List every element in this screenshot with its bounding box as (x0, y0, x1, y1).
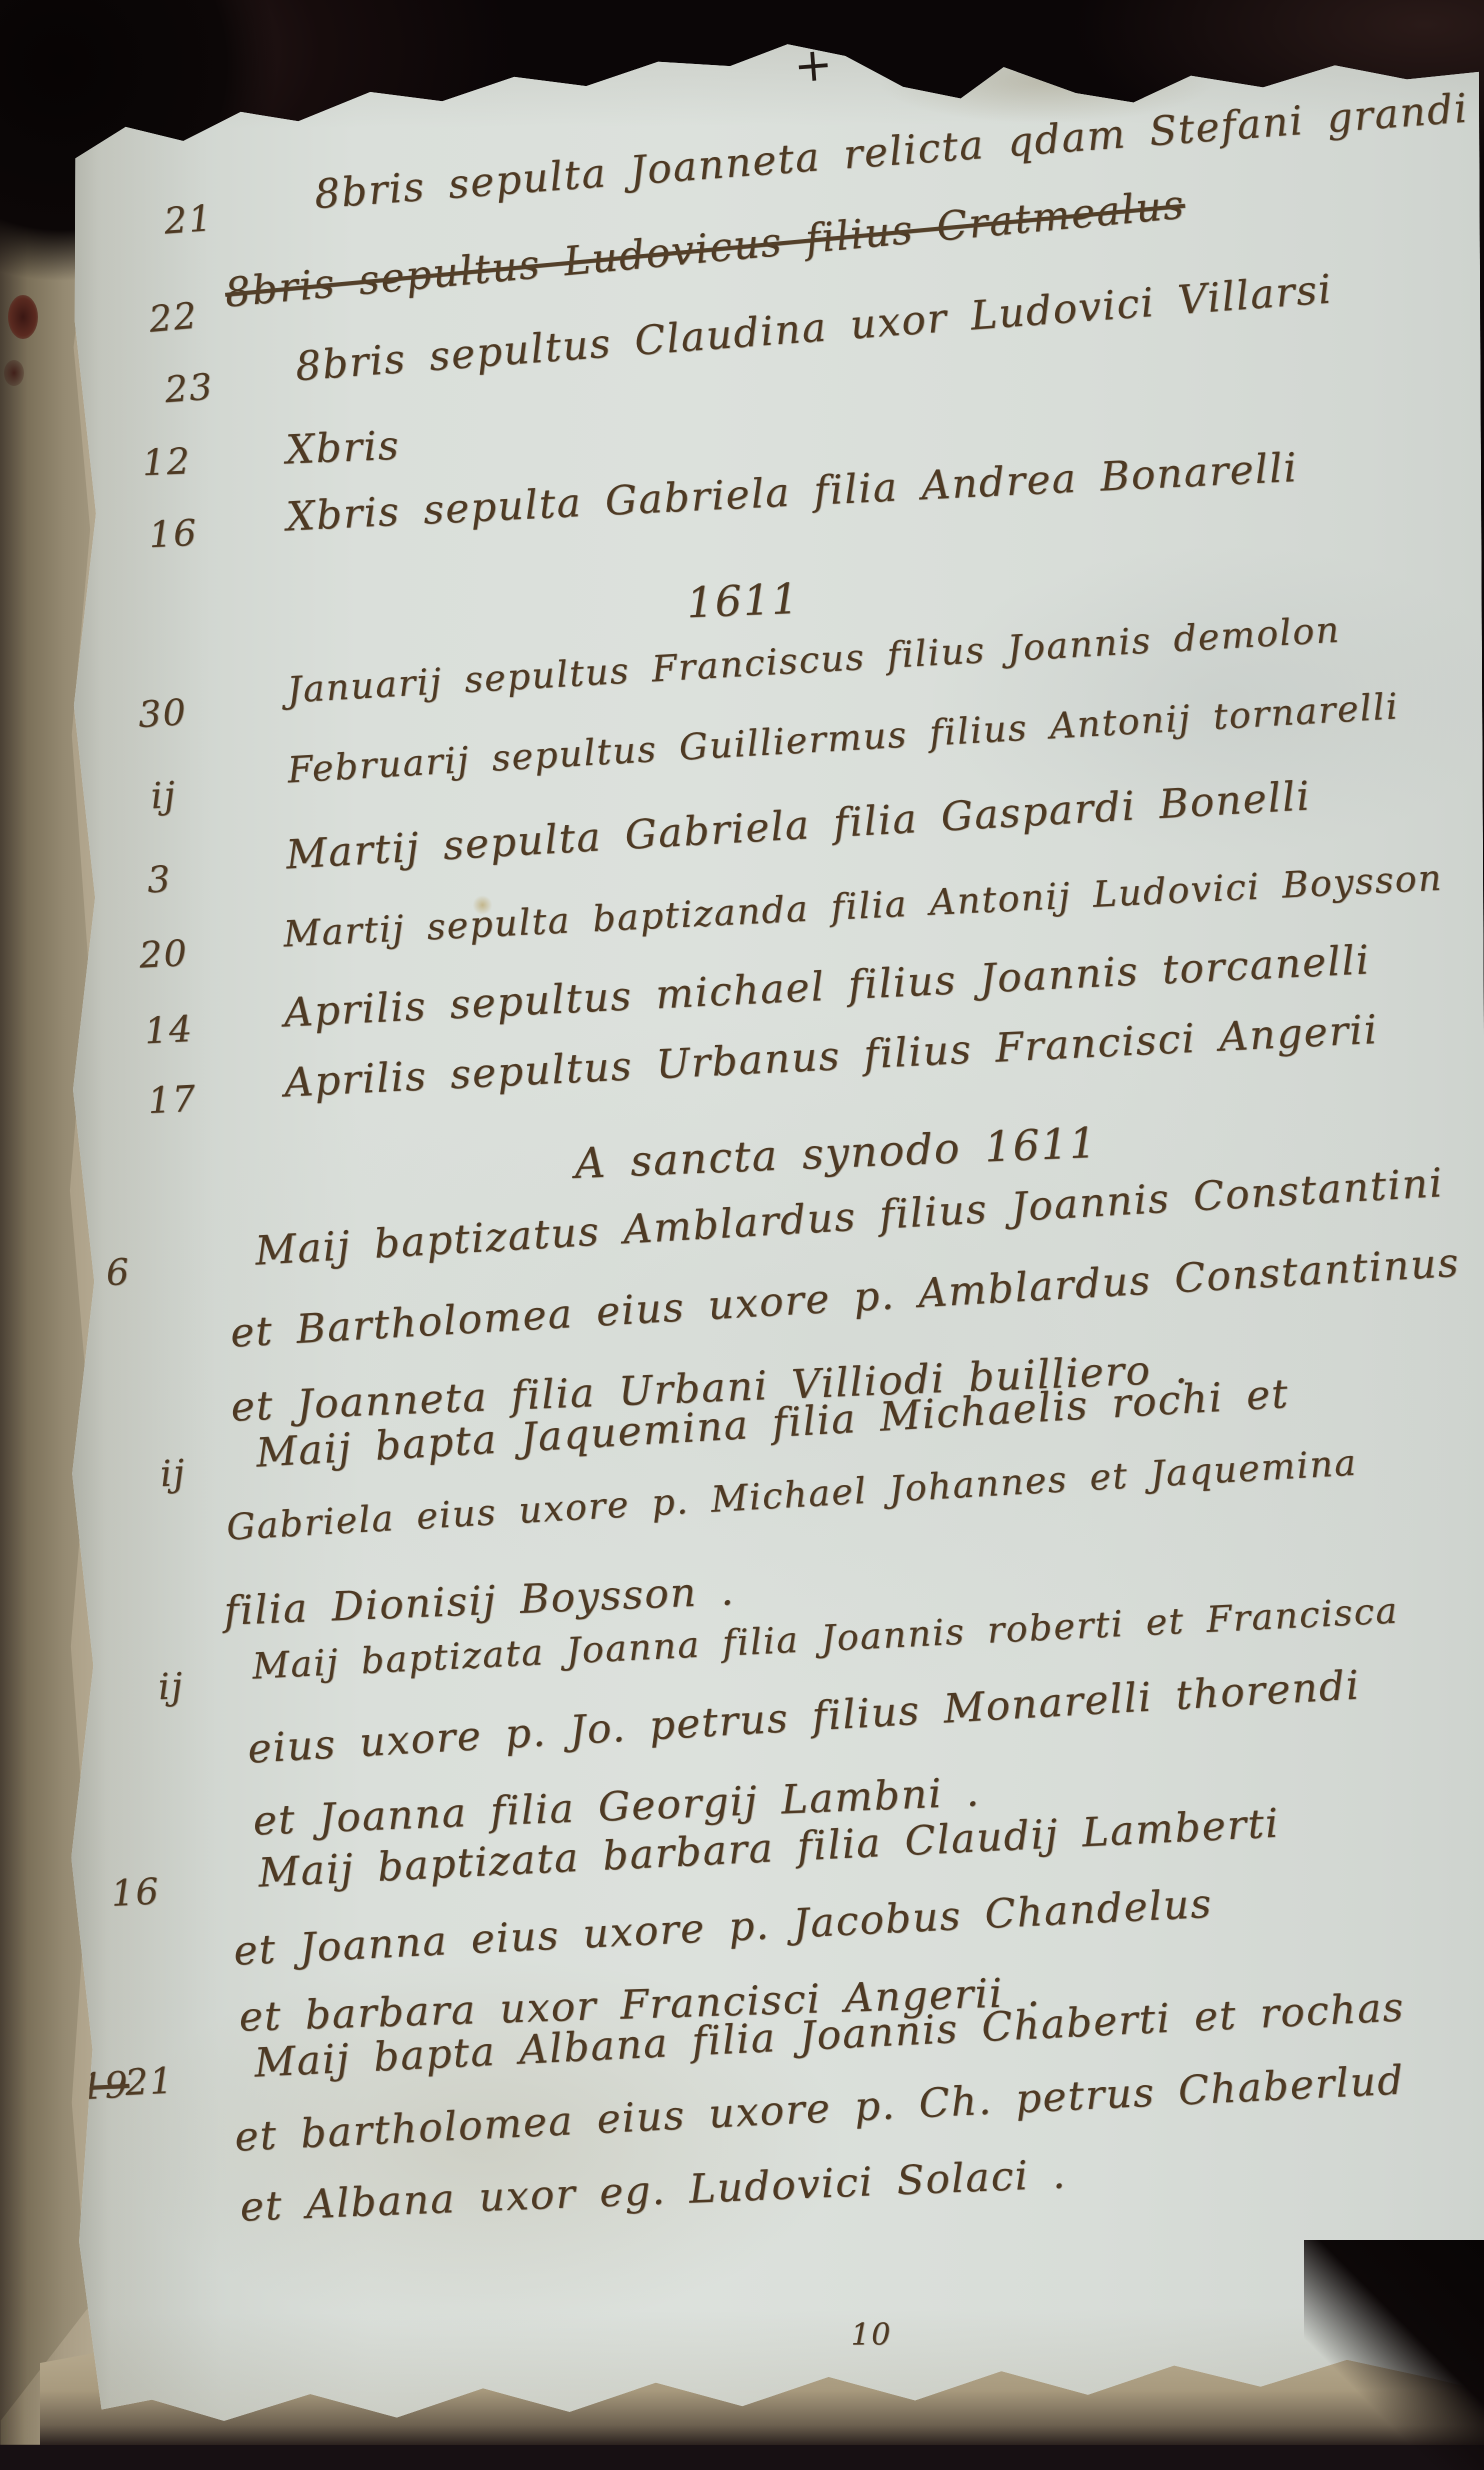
register-line: et Joanna eius uxore p. Jacobus Chandelu… (233, 1881, 1214, 1975)
entry-day: 3 (146, 859, 173, 901)
ink-blot (4, 360, 24, 386)
entry-text: et Joanna eius uxore p. Jacobus Chandelu… (233, 1881, 1214, 1975)
manuscript-page: + 21 8bris sepulta Joanneta relicta qdam… (39, 26, 1484, 2434)
entry-text: 8bris sepulta Joanneta relicta qdam Stef… (313, 86, 1470, 219)
shadow-bottom-right (1304, 2240, 1484, 2470)
entry-day: ij (157, 1666, 185, 1708)
register-line: ij Februarij sepultus Guilliermus filius… (286, 686, 1400, 791)
register-line: 30 Januarij sepultus Franciscus filius J… (286, 610, 1341, 712)
synod-heading: A sancta synodo 1611 (574, 1118, 1099, 1188)
entry-day: 16 (148, 513, 199, 556)
entry-text: et Albana uxor eg. Ludovici Solaci . (239, 2152, 1067, 2231)
entry-text: Martij sepulta Gabriela filia Gaspardi B… (285, 773, 1312, 878)
register-line: 21 8bris sepulta Joanneta relicta qdam S… (313, 86, 1470, 219)
entry-day: 6 (105, 1252, 132, 1294)
register-line: 12 Xbris (285, 423, 401, 474)
cross-mark: + (792, 36, 834, 93)
year-heading: 1611 (686, 574, 801, 627)
entry-day: 14 (144, 1009, 195, 1052)
entry-day: ij (150, 775, 178, 817)
register-line: 16 Xbris sepulta Gabriela filia Andrea B… (285, 445, 1299, 540)
register-line: 20 Martij sepulta baptizanda filia Anton… (282, 858, 1443, 956)
entry-text: Xbris sepulta Gabriela filia Andrea Bona… (285, 445, 1299, 540)
entry-day: 22 (147, 296, 199, 341)
entry-day: 16 (110, 1872, 161, 1915)
entry-text: Xbris (285, 423, 401, 474)
entry-day: 21 (163, 198, 215, 243)
page-number: 10 (851, 2317, 892, 2352)
entry-day: 23 (163, 367, 215, 412)
entry-day: 30 (137, 692, 188, 736)
entry-text: filia Dionisij Boysson . (223, 1568, 736, 1634)
entry-day: 17 (147, 1079, 198, 1122)
entry-text: Januarij sepultus Franciscus filius Joan… (286, 610, 1341, 712)
entry-text: Martij sepulta baptizanda filia Antonij … (282, 858, 1443, 956)
entry-day: 12 (142, 441, 192, 484)
register-line: et Albana uxor eg. Ludovici Solaci . (239, 2152, 1067, 2231)
register-line: filia Dionisij Boysson . (223, 1568, 736, 1634)
entry-text: Februarij sepultus Guilliermus filius An… (286, 686, 1400, 791)
register-line: 3 Martij sepulta Gabriela filia Gaspardi… (285, 773, 1312, 878)
entry-day: 21 (124, 2061, 175, 2104)
entry-day: ij (159, 1453, 187, 1495)
manuscript-scan: { "page": { "cross_mark": "+", "year_hea… (0, 0, 1484, 2470)
entry-day: 20 (138, 933, 189, 976)
